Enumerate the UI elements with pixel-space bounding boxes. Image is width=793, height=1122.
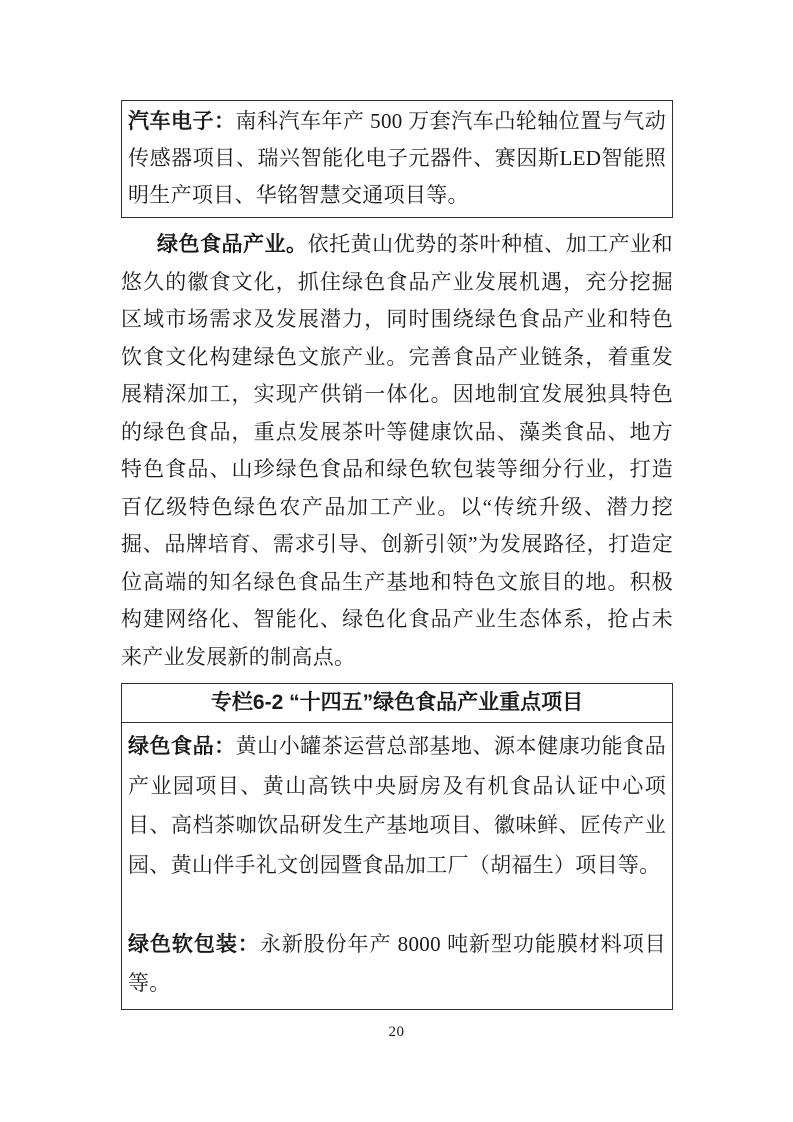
project-item-soft-packaging-label: 绿色软包装： [128,933,260,956]
project-item-green-food-label: 绿色食品： [128,735,236,758]
auto-electronics-box: 汽车电子：南科汽车年产 500 万套汽车凸轮轴位置与气动传感器项目、瑞兴智能化电… [121,100,673,218]
green-food-paragraph-lead: 绿色食品产业。 [157,233,308,256]
project-item-green-food: 绿色食品：黄山小罐茶运营总部基地、源本健康功能食品产业园项目、黄山高铁中央厨房及… [128,727,666,885]
project-box: 专栏6-2 “十四五”绿色食品产业重点项目 绿色食品：黄山小罐茶运营总部基地、源… [121,683,673,1010]
project-box-title: 专栏6-2 “十四五”绿色食品产业重点项目 [122,684,672,723]
project-item-soft-packaging: 绿色软包装：永新股份年产 8000 吨新型功能膜材料项目等。 [128,925,666,1004]
green-food-paragraph-text: 依托黄山优势的茶叶种植、加工产业和悠久的徽食文化，抓住绿色食品产业发展机遇，充分… [121,232,673,669]
document-page: 汽车电子：南科汽车年产 500 万套汽车凸轮轴位置与气动传感器项目、瑞兴智能化电… [0,0,793,1122]
page-number: 20 [0,1024,793,1041]
document-content: 汽车电子：南科汽车年产 500 万套汽车凸轮轴位置与气动传感器项目、瑞兴智能化电… [121,100,673,1010]
auto-electronics-label: 汽车电子： [128,110,235,133]
project-box-body: 绿色食品：黄山小罐茶运营总部基地、源本健康功能食品产业园项目、黄山高铁中央厨房及… [122,723,672,1009]
green-food-paragraph: 绿色食品产业。依托黄山优势的茶叶种植、加工产业和悠久的徽食文化，抓住绿色食品产业… [121,226,673,676]
